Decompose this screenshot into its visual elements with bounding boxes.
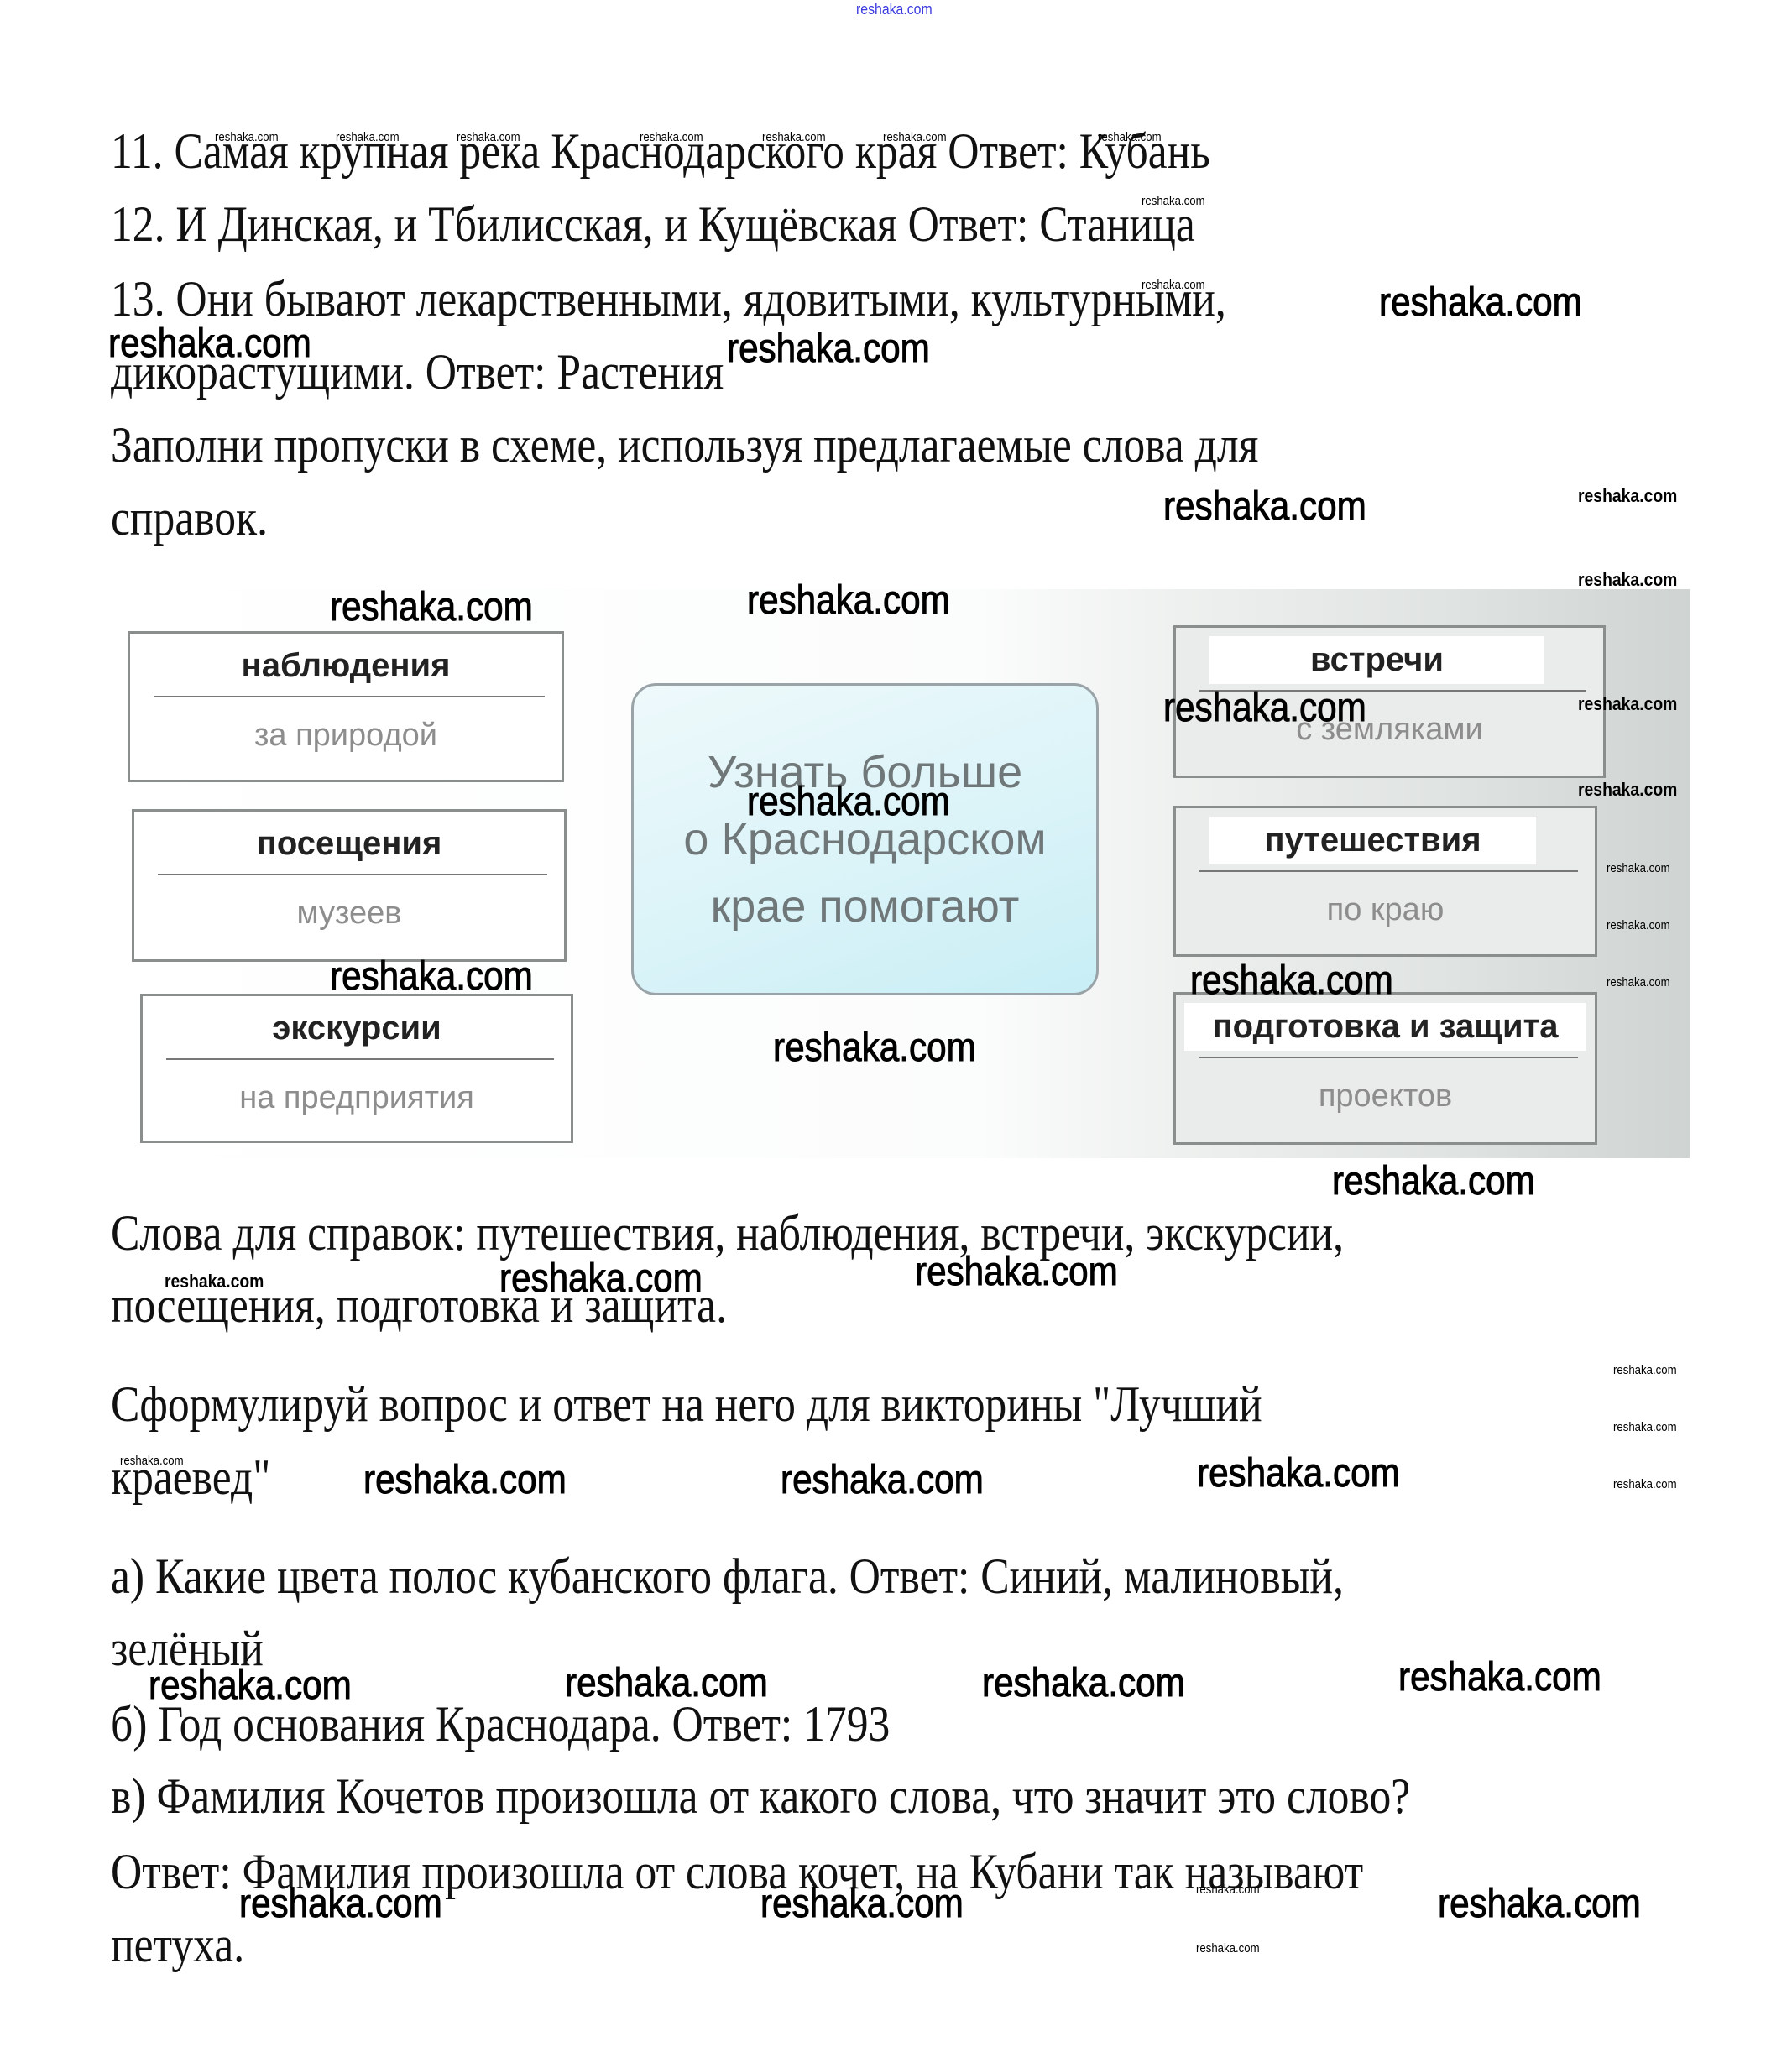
watermark[interactable]: reshaka.com [762, 131, 826, 144]
watermark[interactable]: reshaka.com [1332, 1162, 1535, 1202]
box-sub: на предприятия [143, 1080, 571, 1116]
watermark[interactable]: reshaka.com [1613, 1364, 1677, 1376]
box-head: экскурсии [143, 1010, 571, 1047]
box-sub: по краю [1176, 892, 1595, 928]
question-13-line1: 13. Они бывают лекарственными, ядовитыми… [111, 274, 1226, 324]
scheme-box-left-1: наблюдения за природой [128, 631, 564, 782]
watermark[interactable]: reshaka.com [781, 1460, 984, 1501]
quiz-a-line1: а) Какие цвета полос кубанского флага. О… [111, 1551, 1344, 1601]
watermark[interactable]: reshaka.com [1613, 1478, 1677, 1491]
divider [1199, 1057, 1578, 1058]
scheme-box-right-2: путешествия по краю [1173, 806, 1597, 957]
watermark[interactable]: reshaka.com [1578, 571, 1677, 589]
watermark[interactable]: reshaka.com [457, 131, 520, 144]
watermark[interactable]: reshaka.com [1438, 1884, 1641, 1924]
watermark[interactable]: reshaka.com [727, 329, 930, 369]
watermark[interactable]: reshaka.com [1098, 131, 1162, 144]
watermark[interactable]: reshaka.com [565, 1663, 768, 1704]
watermark[interactable]: reshaka.com [1163, 688, 1366, 728]
watermark[interactable]: reshaka.com [165, 1272, 264, 1291]
watermark[interactable]: reshaka.com [747, 581, 950, 621]
divider [1199, 870, 1578, 872]
watermark[interactable]: reshaka.com [640, 131, 703, 144]
watermark[interactable]: reshaka.com [1398, 1658, 1601, 1698]
scheme-center-box: Узнать больше о Краснодарском крае помог… [631, 683, 1099, 995]
quiz-task-line1: Сформулируй вопрос и ответ на него для в… [111, 1379, 1262, 1429]
watermark[interactable]: reshaka.com [1607, 862, 1670, 875]
watermark[interactable]: reshaka.com [1142, 279, 1205, 291]
watermark[interactable]: reshaka.com [1607, 919, 1670, 932]
watermark[interactable]: reshaka.com [1578, 695, 1677, 713]
watermark[interactable]: reshaka.com [1190, 961, 1393, 1001]
divider [158, 874, 547, 875]
watermark[interactable]: reshaka.com [747, 782, 950, 822]
scheme-box-left-2: посещения музеев [132, 809, 567, 962]
watermark[interactable]: reshaka.com [149, 1666, 352, 1706]
box-sub: за природой [130, 718, 562, 754]
document-page: reshaka.com 11. Самая крупная река Красн… [0, 0, 1792, 2068]
watermark[interactable]: reshaka.com [1197, 1454, 1400, 1494]
box-sub: проектов [1176, 1078, 1595, 1115]
watermark[interactable]: reshaka.com [982, 1663, 1185, 1704]
question-12: 12. И Динская, и Тбилисская, и Кущёвская… [111, 199, 1195, 249]
scheme-box-right-3: подготовка и защита проектов [1173, 992, 1597, 1145]
watermark[interactable]: reshaka.com [120, 1454, 184, 1467]
box-sub: музеев [134, 896, 564, 932]
watermark[interactable]: reshaka.com [239, 1884, 442, 1924]
scheme-box-left-3: экскурсии на предприятия [140, 994, 573, 1143]
divider [154, 696, 545, 697]
watermark-top[interactable]: reshaka.com [856, 2, 933, 17]
watermark[interactable]: reshaka.com [773, 1028, 976, 1068]
fill-task-line2: справок. [111, 493, 268, 543]
watermark[interactable]: reshaka.com [1196, 1883, 1260, 1896]
watermark[interactable]: reshaka.com [915, 1252, 1118, 1292]
box-head: наблюдения [130, 647, 562, 685]
watermark[interactable]: reshaka.com [363, 1460, 567, 1501]
watermark[interactable]: reshaka.com [1142, 195, 1205, 207]
divider [166, 1058, 554, 1060]
watermark[interactable]: reshaka.com [1607, 976, 1670, 989]
watermark[interactable]: reshaka.com [1578, 781, 1677, 799]
reference-words-line1: Слова для справок: путешествия, наблюден… [111, 1208, 1344, 1258]
watermark[interactable]: reshaka.com [760, 1884, 964, 1924]
watermark[interactable]: reshaka.com [108, 324, 311, 364]
box-head: встречи [1209, 636, 1544, 684]
scheme-diagram: наблюдения за природой посещения музеев … [113, 589, 1690, 1158]
watermark[interactable]: reshaka.com [215, 131, 279, 144]
fill-task-line1: Заполни пропуски в схеме, используя пред… [111, 420, 1258, 470]
box-head: путешествия [1209, 817, 1536, 864]
watermark[interactable]: reshaka.com [883, 131, 947, 144]
box-head: подготовка и защита [1184, 1003, 1586, 1051]
quiz-c-answer-line2: петуха. [111, 1919, 244, 1970]
watermark[interactable]: reshaka.com [1163, 487, 1366, 527]
box-head: посещения [134, 825, 564, 863]
watermark[interactable]: reshaka.com [330, 957, 533, 997]
watermark[interactable]: reshaka.com [1578, 487, 1677, 505]
watermark[interactable]: reshaka.com [330, 587, 533, 628]
watermark[interactable]: reshaka.com [499, 1259, 703, 1299]
watermark[interactable]: reshaka.com [1379, 283, 1582, 323]
watermark[interactable]: reshaka.com [1613, 1421, 1677, 1433]
watermark[interactable]: reshaka.com [336, 131, 400, 144]
quiz-c-question: в) Фамилия Кочетов произошла от какого с… [111, 1771, 1410, 1821]
watermark[interactable]: reshaka.com [1196, 1942, 1260, 1955]
center-line-3: крае помогают [683, 873, 1046, 940]
